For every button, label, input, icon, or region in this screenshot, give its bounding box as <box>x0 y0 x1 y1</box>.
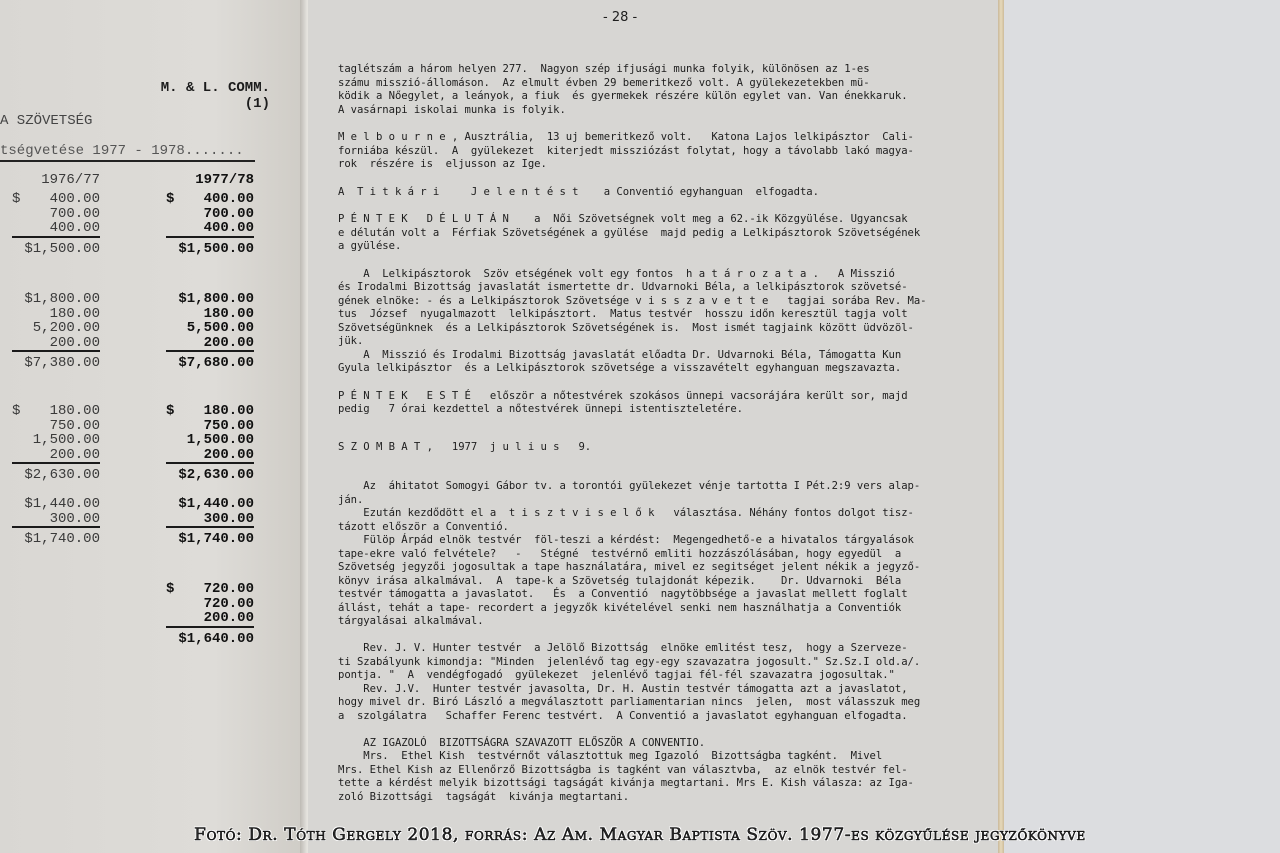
column-header: 1977/78 <box>166 172 254 192</box>
committee-code-text: M. & L. COMM. <box>158 80 270 96</box>
text-line <box>338 629 986 643</box>
budget-amount: 700.00 <box>12 207 100 222</box>
budget-total: $1,640.00 <box>166 632 254 647</box>
text-line: P É N T E K E S T É először a nőtestvére… <box>338 390 986 404</box>
left-page-budget: M. & L. COMM. (1) A SZÖVETSÉG tségvetése… <box>0 0 305 853</box>
budget-amount: 180.00 <box>12 307 100 322</box>
text-line: ján. <box>338 494 986 508</box>
budget-amount: 1,500.00 <box>166 433 254 448</box>
committee-code: M. & L. COMM. (1) <box>158 80 270 112</box>
text-line: S Z O M B A T , 1977 j u l i u s 9. <box>338 441 986 455</box>
text-line: és Irodalmi Bizottság javaslatát ismerte… <box>338 281 986 295</box>
budget-group: $1,800.00180.005,500.00200.00$7,680.00 <box>166 292 254 371</box>
budget-amount: 5,500.00 <box>166 321 254 336</box>
text-line: állást, tehát a tape- recordert a jegyző… <box>338 602 986 616</box>
blank-next-page <box>1004 0 1280 853</box>
text-line: taglétszám a három helyen 277. Nagyon sz… <box>338 63 986 77</box>
budget-amount: 750.00 <box>166 419 254 434</box>
text-line: pontja. " A vendégfogadó gyülekezet jele… <box>338 669 986 683</box>
budget-group: $180.00750.001,500.00200.00$2,630.00 <box>166 404 254 483</box>
budget-group: $1,440.00300.00$1,740.00 <box>12 497 100 547</box>
text-line: AZ IGAZOLÓ BIZOTTSÁGRA SZAVAZOTT ELŐSZÖR… <box>338 737 986 751</box>
paragraph: taglétszám a három helyen 277. Nagyon sz… <box>338 63 986 117</box>
text-line: számu misszió-állomáson. Az elmult évben… <box>338 77 986 91</box>
paragraph: Az áhitatot Somogyi Gábor tv. a torontói… <box>338 480 986 804</box>
paragraph: A T i t k á r i J e l e n t é s t a Conv… <box>338 186 986 200</box>
text-line: A Lelkipásztorok Szöv etségének volt egy… <box>338 268 986 282</box>
budget-amount: 200.00 <box>12 336 100 353</box>
text-line: tárgyalásai alkalmával. <box>338 615 986 629</box>
budget-group: $1,800.00180.005,200.00200.00$7,380.00 <box>12 292 100 371</box>
paragraph: S Z O M B A T , 1977 j u l i u s 9. <box>338 441 986 455</box>
budget-amount: 200.00 <box>166 611 254 628</box>
budget-amount: 200.00 <box>166 448 254 465</box>
budget-group: $720.00720.00200.00$1,640.00 <box>166 582 254 646</box>
budget-amount: $1,800.00 <box>166 292 254 307</box>
minutes-body: taglétszám a három helyen 277. Nagyon sz… <box>338 49 986 804</box>
text-line: Az áhitatot Somogyi Gábor tv. a torontói… <box>338 480 986 494</box>
budget-group: $180.00750.001,500.00200.00$2,630.00 <box>12 404 100 483</box>
budget-total <box>12 630 100 645</box>
budget-amount: 720.00 <box>166 597 254 612</box>
text-line: tette a kérdést melyik bizottsági tagság… <box>338 777 986 791</box>
budget-amount: 180.00 <box>166 307 254 322</box>
paragraph: P É N T E K E S T É először a nőtestvére… <box>338 390 986 417</box>
budget-amount: 400.00 <box>12 221 100 238</box>
text-line: Rev. J.V. Hunter testvér javasolta, Dr. … <box>338 683 986 697</box>
budget-amount: 400.00 <box>166 221 254 238</box>
budget-total: $1,500.00 <box>166 242 254 257</box>
text-line: könyv irása alkalmával. A tape-k a Szöve… <box>338 575 986 589</box>
budget-amount: $1,800.00 <box>12 292 100 307</box>
budget-group: $400.00700.00400.00$1,500.00 <box>12 192 100 256</box>
budget-title: tségvetése 1977 - 1978....... <box>0 143 255 162</box>
text-line: Fülöp Árpád elnök testvér föl-teszi a ké… <box>338 534 986 548</box>
text-line: Gyula lelkipásztor és a Lelkipásztorok s… <box>338 362 986 376</box>
budget-amount: $1,440.00 <box>166 497 254 512</box>
budget-group: $1,440.00300.00$1,740.00 <box>166 497 254 547</box>
text-line: zoló Bizottsági tagságát kivánja megtart… <box>338 791 986 805</box>
text-line: e délután volt a Férfiak Szövetségének a… <box>338 227 986 241</box>
text-line: testvér támogatta a javaslatot. És a Con… <box>338 588 986 602</box>
budget-amount: 200.00 <box>12 448 100 465</box>
photo-caption: Fotó: Dr. Tóth Gergely 2018, forrás: Az … <box>0 825 1280 845</box>
text-line: ködik a Nőegylet, a leányok, a fiuk és g… <box>338 90 986 104</box>
budget-total: $7,380.00 <box>12 356 100 371</box>
text-line: tus József nyugalmazott lelkipásztort. M… <box>338 308 986 322</box>
text-line: pedig 7 órai kezdettel a nőtestvérek ünn… <box>338 403 986 417</box>
text-line: M e l b o u r n e , Ausztrália, 13 uj be… <box>338 131 986 145</box>
text-line: rok részére is eljusson az Ige. <box>338 158 986 172</box>
text-line <box>338 723 986 737</box>
text-line: Rev. J. V. Hunter testvér a Jelölő Bizot… <box>338 642 986 656</box>
text-line: tázott először a Conventió. <box>338 521 986 535</box>
text-line: Mrs. Ethel Kish testvérnőt választottuk … <box>338 750 986 764</box>
budget-amount: 5,200.00 <box>12 321 100 336</box>
budget-amount: $400.00 <box>12 192 100 207</box>
committee-code-sub: (1) <box>158 96 270 112</box>
budget-total: $7,680.00 <box>166 356 254 371</box>
budget-total: $2,630.00 <box>166 468 254 483</box>
budget-amount: 300.00 <box>166 512 254 529</box>
budget-amount: $180.00 <box>166 404 254 419</box>
budget-amount: 750.00 <box>12 419 100 434</box>
budget-amount: 200.00 <box>166 336 254 353</box>
budget-amount: 700.00 <box>166 207 254 222</box>
column-header: 1976/77 <box>12 172 100 192</box>
budget-total: $1,500.00 <box>12 242 100 257</box>
text-line: gének elnöke: - és a Lelkipásztorok Szöv… <box>338 295 986 309</box>
budget-total: $1,740.00 <box>12 532 100 547</box>
paragraph: A Lelkipásztorok Szöv etségének volt egy… <box>338 268 986 376</box>
text-line: forniába készül. A gyülekezet kiterjedt … <box>338 145 986 159</box>
budget-group: $400.00700.00400.00$1,500.00 <box>166 192 254 256</box>
right-page-minutes: - 28 - taglétszám a három helyen 277. Na… <box>308 0 1000 853</box>
text-line: A Misszió és Irodalmi Bizottság javaslat… <box>338 349 986 363</box>
organization-fragment: A SZÖVETSÉG <box>0 113 92 129</box>
budget-column-1976-77: 1976/77 $400.00700.00400.00$1,500.00$1,8… <box>12 172 100 192</box>
budget-amount: $180.00 <box>12 404 100 419</box>
budget-column-1977-78: 1977/78 $400.00700.00400.00$1,500.00$1,8… <box>166 172 254 192</box>
text-line: jük. <box>338 335 986 349</box>
text-line: Mrs. Ethel Kish az Ellenőrző Bizottságba… <box>338 764 986 778</box>
text-line: a gyülése. <box>338 240 986 254</box>
text-line: Ezután kezdődött el a t i s z t v i s e … <box>338 507 986 521</box>
text-line: a szolgálatra Schaffer Ferenc testvért. … <box>338 710 986 724</box>
budget-total: $2,630.00 <box>12 468 100 483</box>
budget-amount: $720.00 <box>166 582 254 597</box>
text-line: A T i t k á r i J e l e n t é s t a Conv… <box>338 186 986 200</box>
budget-amount <box>12 582 100 597</box>
budget-total: $1,740.00 <box>166 532 254 547</box>
text-line: Szövetség jegyzői jogosultak a tape hasz… <box>338 561 986 575</box>
paragraph: M e l b o u r n e , Ausztrália, 13 uj be… <box>338 131 986 172</box>
text-line: A vasárnapi iskolai munka is folyik. <box>338 104 986 118</box>
text-line: ti Szabályunk kimondja: "Minden jelenlév… <box>338 656 986 670</box>
text-line: P É N T E K D É L U T Á N a Női Szövetsé… <box>338 213 986 227</box>
budget-amount: 1,500.00 <box>12 433 100 448</box>
page-number: - 28 - <box>603 10 637 25</box>
budget-amount: $400.00 <box>166 192 254 207</box>
budget-group <box>12 582 100 644</box>
text-line: tape-ekre való felvétele? - Stégné testv… <box>338 548 986 562</box>
budget-amount: $1,440.00 <box>12 497 100 512</box>
text-line: Szövetségünknek és a Lelkipásztorok Szöv… <box>338 322 986 336</box>
text-line: hogy mivel dr. Biró László a megválaszto… <box>338 696 986 710</box>
paragraph: P É N T E K D É L U T Á N a Női Szövetsé… <box>338 213 986 254</box>
budget-amount <box>12 611 100 626</box>
budget-amount: 300.00 <box>12 512 100 529</box>
budget-amount <box>12 597 100 612</box>
